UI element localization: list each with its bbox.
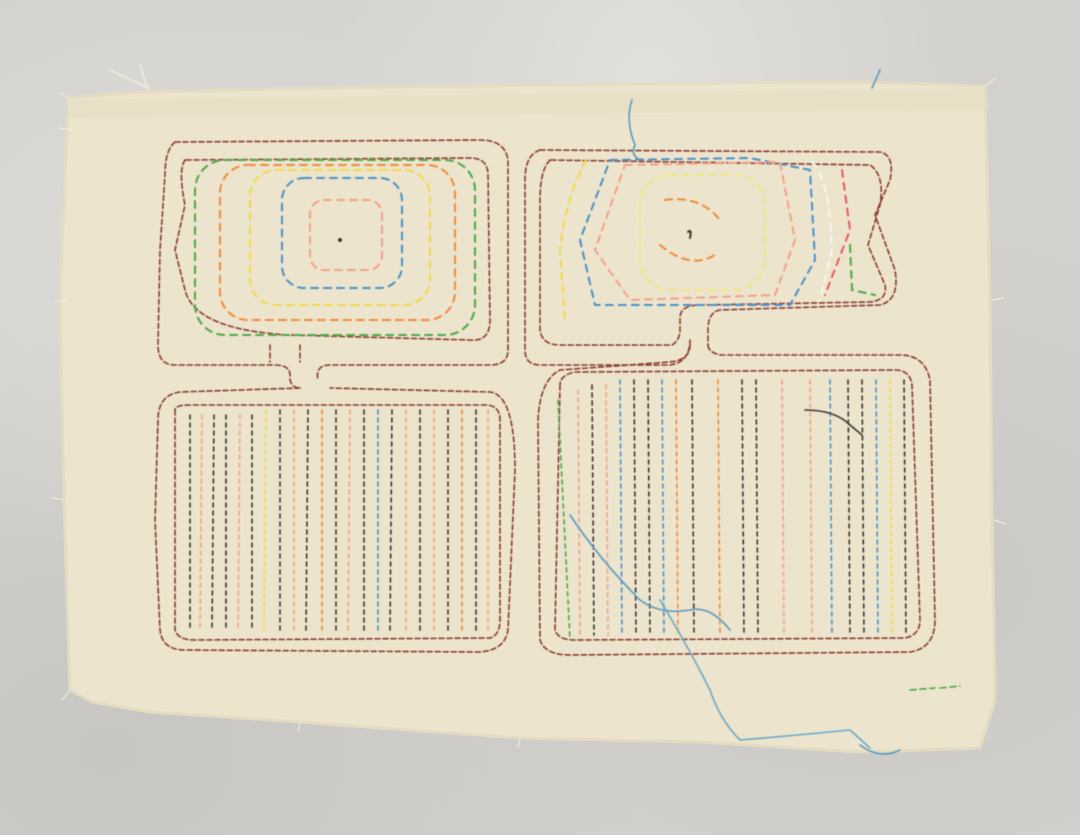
cloth-panel [60,82,995,752]
embroidered-cloth [0,0,1080,835]
photo-scene [0,0,1080,835]
